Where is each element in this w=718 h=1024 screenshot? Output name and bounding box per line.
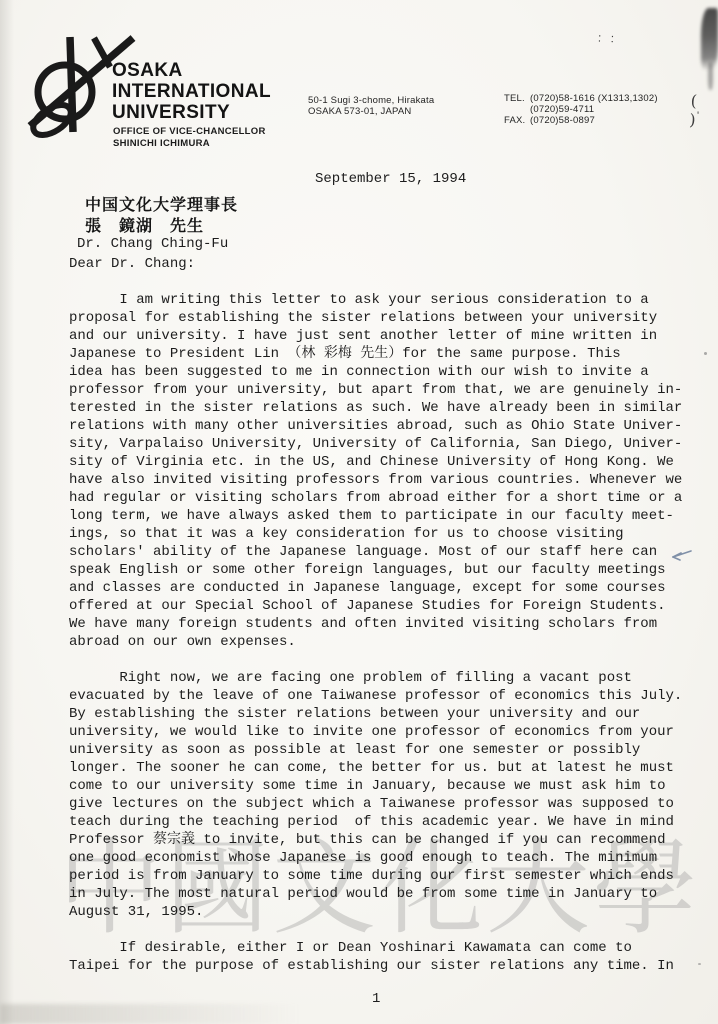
tel-row-1: TEL. (0720)58-1616 (X1313,1302) [504, 93, 658, 104]
recipient-name-english: Dr. Chang Ching-Fu [77, 236, 228, 252]
university-name: OSAKA INTERNATIONAL UNIVERSITY [112, 60, 271, 123]
fax-number: (0720)58-0897 [530, 115, 595, 126]
handwritten-paren-mark: ( ) [689, 91, 718, 131]
office-and-sender-name: OFFICE OF VICE-CHANCELLOR SHINICHI ICHIM… [113, 126, 266, 149]
scan-bottom-shading [0, 1004, 300, 1024]
scanned-letter-page: 中國文化大學 OSAKA INTERNATIONAL UNIVERSITY OF… [0, 0, 718, 1024]
page-number: 1 [372, 991, 380, 1007]
scan-edge-shading [0, 0, 14, 1024]
tel-label-spacer [504, 104, 530, 115]
scan-speck [704, 352, 707, 355]
scan-smudge-artifact [701, 8, 718, 70]
tel-number-2: (0720)59-4711 [530, 104, 594, 115]
letter-date: September 15, 1994 [315, 171, 466, 187]
scan-speck [698, 963, 701, 965]
scan-dots-artifact: : : [598, 31, 618, 46]
handwritten-tick-mark: ' [697, 110, 699, 122]
tel-row-2: (0720)59-4711 [504, 104, 658, 115]
handwritten-arrow-icon [666, 546, 694, 569]
recipient-name-cjk: 張 鏡湖 先生 [85, 213, 204, 236]
contact-numbers: TEL. (0720)58-1616 (X1313,1302) (0720)59… [504, 93, 658, 126]
letter-body: Dear Dr. Chang: I am writing this letter… [69, 255, 682, 975]
fax-row: FAX. (0720)58-0897 [504, 115, 658, 126]
recipient-title-cjk: 中国文化大学理事長 [85, 192, 238, 215]
tel-label: TEL. [504, 93, 530, 104]
university-address: 50-1 Sugi 3-chome, Hirakata OSAKA 573-01… [308, 95, 434, 117]
tel-number-1: (0720)58-1616 (X1313,1302) [530, 93, 658, 104]
scan-smudge-tail-artifact [708, 62, 713, 90]
fax-label: FAX. [504, 115, 530, 126]
